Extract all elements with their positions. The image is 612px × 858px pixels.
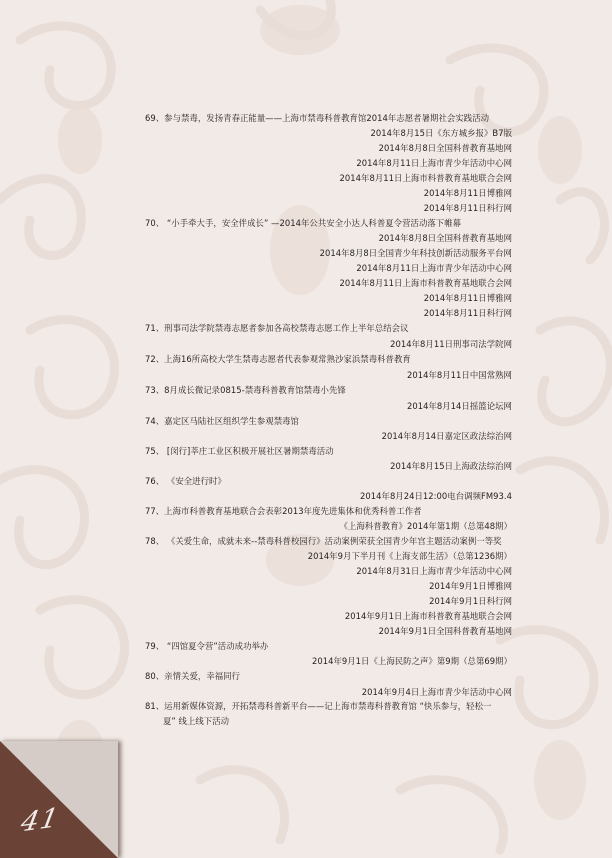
entry-title-80: 80、亲情关爱，幸福同行	[145, 671, 240, 682]
entry-title-78: 78、 《关爱生命，成就未来--禁毒科普校园行》活动案例荣获全国青少年宫主题活动…	[145, 536, 502, 547]
entry-source: 2014年8月11日上海市科普教育基地联合会网	[340, 173, 512, 184]
entry-source: 2014年8月11日科行网	[424, 308, 512, 319]
entry-source: 2014年8月11日上海市青少年活动中心网	[356, 158, 512, 169]
entry-title-79: 79、 “四馆夏令营”活动成功举办	[145, 641, 268, 652]
entry-source: 2014年8月11日上海市科普教育基地联合会网	[340, 278, 512, 289]
entry-title-75: 75、 [闵行]莘庄工业区积极开展社区暑期禁毒活动	[145, 446, 334, 457]
entry-source: 2014年8月11日科行网	[424, 203, 512, 214]
entry-title-72: 72、上海16所高校大学生禁毒志愿者代表参观常熟沙家浜禁毒科普教育	[145, 354, 411, 365]
entry-source: 2014年8月15日上海政法综治网	[390, 461, 512, 472]
entry-title-70: 70、 “小手牵大手，安全伴成长” —2014年公共安全小达人科普夏令营活动落下…	[145, 218, 461, 229]
entry-source: 2014年8月8日全国科普教育基地网	[379, 233, 512, 244]
entry-title-81: 81、运用新媒体资源，开拓禁毒科普新平台——记上海市禁毒科普教育馆 “快乐参与，…	[145, 701, 491, 712]
page-number: 41	[19, 803, 62, 839]
entry-source: 2014年8月11日博雅网	[424, 293, 512, 304]
entry-source: 2014年8月11日刑事司法学院网	[390, 339, 512, 350]
entry-source: 2014年9月1日博雅网	[429, 581, 512, 592]
entry-source: 2014年9月下半月刊《上海支部生活》（总第1236期）	[308, 551, 512, 562]
entry-source: 2014年8月8日全国科普教育基地网	[379, 143, 512, 154]
entry-source: 2014年9月1日科行网	[429, 596, 512, 607]
entry-title-74: 74、嘉定区马陆社区组织学生参观禁毒馆	[145, 416, 299, 427]
entry-source: 2014年9月1日上海市科普教育基地联合会网	[345, 611, 512, 622]
page-number-corner: 41	[0, 741, 118, 858]
entry-source: 2014年8月15日《东方城乡报》B7版	[371, 128, 513, 139]
entry-source: 2014年9月4日上海市青少年活动中心网	[362, 687, 512, 698]
entry-source: 《上海科普教育》2014年第1期（总第48期）	[340, 521, 512, 532]
entry-source: 2014年8月14日摇篮论坛网	[407, 401, 512, 412]
entry-source: 2014年8月8日全国青少年科技创新活动服务平台网	[320, 248, 512, 259]
entry-source: 2014年8月24日12:00电台调频FM93.4	[360, 491, 512, 502]
entry-source: 2014年8月31日上海市青少年活动中心网	[356, 566, 512, 577]
entry-title-73: 73、8月成长微记录0815-禁毒科普教育馆禁毒小先锋	[145, 385, 346, 396]
entry-title-76: 76、 《安全进行时》	[145, 476, 226, 487]
entry-title-71: 71、刑事司法学院禁毒志愿者参加各高校禁毒志愿工作上半年总结会议	[145, 323, 409, 334]
entry-title-69: 69、参与禁毒，发扬青春正能量——上海市禁毒科普教育馆2014年志愿者暑期社会实…	[145, 113, 489, 124]
entry-source: 2014年8月11日博雅网	[424, 188, 512, 199]
entry-title-continuation: 夏” 线上线下活动	[163, 716, 229, 727]
corner-triangle-graphic	[0, 741, 118, 858]
document-page: 69、参与禁毒，发扬青春正能量——上海市禁毒科普教育馆2014年志愿者暑期社会实…	[0, 0, 612, 858]
entry-source: 2014年8月11日中国常熟网	[407, 370, 512, 381]
entry-title-77: 77、上海市科普教育基地联合会表彰2013年度先进集体和优秀科普工作者	[145, 506, 422, 517]
entry-source: 2014年8月11日上海市青少年活动中心网	[356, 263, 512, 274]
entry-source: 2014年9月1日《上海民防之声》第9期（总第69期）	[312, 656, 512, 667]
entry-source: 2014年9月1日全国科普教育基地网	[379, 626, 512, 637]
entry-source: 2014年8月14日嘉定区政法综治网	[382, 431, 512, 442]
